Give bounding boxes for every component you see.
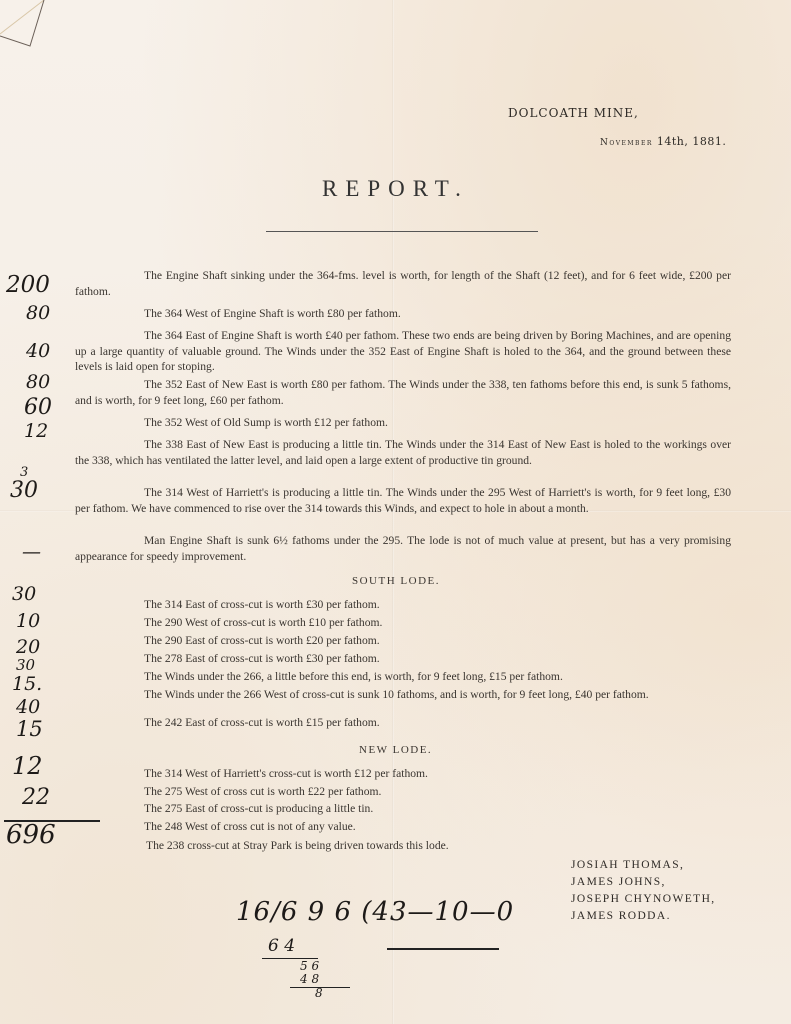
south-lode-line: The 242 East of cross-cut is worth £15 p… <box>144 715 380 731</box>
margin-figure: 60 <box>24 395 52 420</box>
paragraph: The 314 West of Harriett's is producing … <box>75 485 731 516</box>
south-lode-line: The 290 West of cross-cut is worth £10 p… <box>144 615 382 631</box>
margin-figure: 12 <box>12 752 43 780</box>
new-lode-line: The 238 cross-cut at Stray Park is being… <box>146 838 449 854</box>
paragraph: The 364 East of Engine Shaft is worth £4… <box>75 328 731 375</box>
calc-main-line: 16/6 9 6 (43—10—0 <box>236 897 514 927</box>
paragraph: The 364 West of Engine Shaft is worth £8… <box>75 306 731 322</box>
calc-sub-line: 8 <box>315 986 323 1000</box>
margin-figure: 22 <box>22 785 50 810</box>
margin-total: 696 <box>6 820 56 850</box>
calc-sub-line: 4 8 <box>300 972 319 986</box>
signatory: JAMES JOHNS, <box>571 874 716 891</box>
margin-figure: 12 <box>24 420 48 442</box>
signatory: JOSEPH CHYNOWETH, <box>571 891 716 908</box>
paragraph: Man Engine Shaft is sunk 6½ fathoms unde… <box>75 533 731 564</box>
margin-figure: 15 <box>16 717 43 741</box>
margin-figure: 30 <box>12 583 36 605</box>
new-lode-line: The 275 West of cross cut is worth £22 p… <box>144 784 381 800</box>
date-day-year: 14th, 1881. <box>653 135 726 148</box>
section-heading-south-lode: SOUTH LODE. <box>352 574 440 590</box>
south-lode-line: The Winds under the 266 West of cross-cu… <box>75 687 731 703</box>
signatories: JOSIAH THOMAS, JAMES JOHNS, JOSEPH CHYNO… <box>571 857 716 925</box>
margin-figure: 30 <box>16 656 35 674</box>
margin-figure: 200 <box>6 272 50 298</box>
calc-sub-line: 5 6 <box>300 959 319 973</box>
calc-underline <box>387 948 499 950</box>
section-heading-new-lode: NEW LODE. <box>359 743 432 759</box>
margin-figure: 20 <box>16 636 40 658</box>
title-divider <box>266 231 538 232</box>
margin-figure: 30 <box>10 478 38 503</box>
calc-sub-line: 6 4 <box>268 936 295 956</box>
new-lode-line: The 314 West of Harriett's cross-cut is … <box>144 766 428 782</box>
margin-figure: 15. <box>12 673 42 695</box>
new-lode-line: The 248 West of cross cut is not of any … <box>144 819 356 835</box>
mine-name: DOLCOATH MINE, <box>508 106 639 120</box>
paragraph: The 338 East of New East is producing a … <box>75 437 731 468</box>
page-title: REPORT. <box>322 176 469 202</box>
margin-figure: 40 <box>16 696 40 718</box>
south-lode-line: The 290 East of cross-cut is worth £20 p… <box>144 633 380 649</box>
south-lode-line: The 278 East of cross-cut is worth £30 p… <box>144 651 380 667</box>
south-lode-line: The 314 East of cross-cut is worth £30 p… <box>144 597 380 613</box>
paragraph: The Engine Shaft sinking under the 364-f… <box>75 268 731 299</box>
folded-corner <box>0 0 48 48</box>
paragraph: The 352 East of New East is worth £80 pe… <box>75 377 731 408</box>
report-date: November 14th, 1881. <box>600 135 726 148</box>
new-lode-line: The 275 East of cross-cut is producing a… <box>144 801 373 817</box>
south-lode-line: The Winds under the 266, a little before… <box>144 669 563 685</box>
margin-figure: 80 <box>26 302 50 324</box>
margin-figure: 40 <box>26 340 50 362</box>
signatory: JAMES RODDA. <box>571 908 716 925</box>
margin-figure: 80 <box>26 371 50 393</box>
margin-figure: 10 <box>16 610 40 632</box>
margin-figure: — <box>22 541 41 563</box>
paragraph: The 352 West of Old Sump is worth £12 pe… <box>75 415 731 431</box>
date-month: November <box>600 138 653 148</box>
signatory: JOSIAH THOMAS, <box>571 857 716 874</box>
